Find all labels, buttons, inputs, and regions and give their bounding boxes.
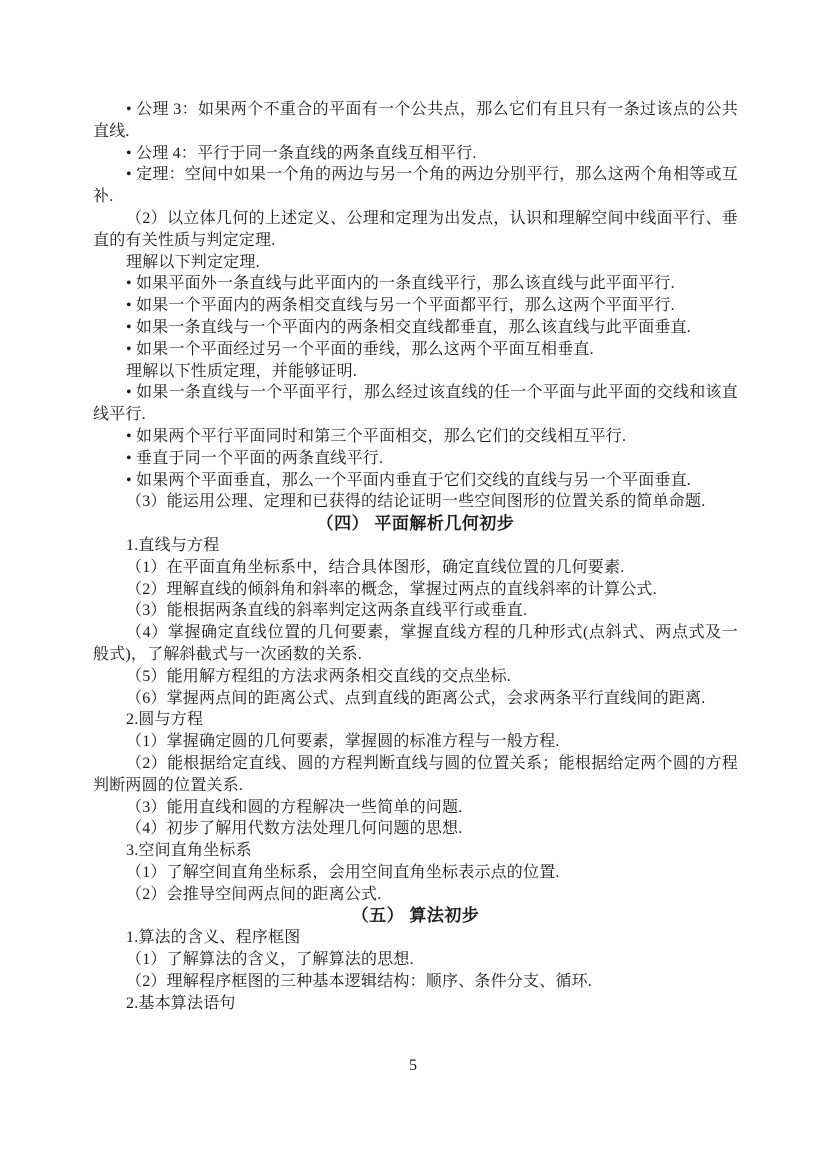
bullet-item: • 如果一条直线与一个平面平行，那么经过该直线的任一个平面与此平面的交线和该直线… [93, 382, 738, 426]
bullet-item: • 如果一个平面内的两条相交直线与另一个平面都平行，那么这两个平面平行. [93, 295, 738, 317]
bullet-item: • 如果平面外一条直线与此平面内的一条直线平行，那么该直线与此平面平行. [93, 273, 738, 295]
bullet-item: • 如果一个平面经过另一个平面的垂线，那么这两个平面互相垂直. [93, 339, 738, 361]
bullet-item: • 垂直于同一个平面的两条直线平行. [93, 448, 738, 470]
paragraph: 2.圆与方程 [93, 709, 738, 731]
paragraph: （3）能用直线和圆的方程解决一些简单的问题. [93, 797, 738, 819]
paragraph: （3）能运用公理、定理和已获得的结论证明一些空间图形的位置关系的简单命题. [93, 491, 738, 513]
document-page: • 公理 3：如果两个不重合的平面有一个公共点，那么它们有且只有一条过该点的公共… [0, 0, 826, 1169]
paragraph: （1）了解算法的含义，了解算法的思想. [93, 949, 738, 971]
paragraph: （4）初步了解用代数方法处理几何问题的思想. [93, 818, 738, 840]
paragraph: （6）掌握两点间的距离公式、点到直线的距离公式，会求两条平行直线间的距离. [93, 688, 738, 710]
paragraph: 1.算法的含义、程序框图 [93, 927, 738, 949]
paragraph: （2）能根据给定直线、圆的方程判断直线与圆的位置关系；能根据给定两个圆的方程判断… [93, 753, 738, 797]
paragraph: 2.基本算法语句 [93, 993, 738, 1015]
bullet-item: • 定理：空间中如果一个角的两边与另一个角的两边分别平行，那么这两个角相等或互补… [93, 164, 738, 208]
paragraph: （2）理解程序框图的三种基本逻辑结构：顺序、条件分支、循环. [93, 971, 738, 993]
paragraph: （1）了解空间直角坐标系，会用空间直角坐标表示点的位置. [93, 862, 738, 884]
bullet-item: • 如果一条直线与一个平面内的两条相交直线都垂直，那么该直线与此平面垂直. [93, 317, 738, 339]
bullet-item: • 如果两个平行平面同时和第三个平面相交，那么它们的交线相互平行. [93, 426, 738, 448]
bullet-item: • 公理 4：平行于同一条直线的两条直线互相平行. [93, 143, 738, 165]
paragraph: （1）在平面直角坐标系中，结合具体图形，确定直线位置的几何要素. [93, 557, 738, 579]
section-heading: （四） 平面解析几何初步 [93, 513, 738, 535]
paragraph: （4）掌握确定直线位置的几何要素，掌握直线方程的几种形式(点斜式、两点式及一般式… [93, 622, 738, 666]
paragraph: （2）以立体几何的上述定义、公理和定理为出发点，认识和理解空间中线面平行、垂直的… [93, 208, 738, 252]
document-body: • 公理 3：如果两个不重合的平面有一个公共点，那么它们有且只有一条过该点的公共… [93, 99, 738, 1014]
paragraph: 1.直线与方程 [93, 535, 738, 557]
paragraph: 理解以下判定定理. [93, 252, 738, 274]
paragraph: 3.空间直角坐标系 [93, 840, 738, 862]
page-number: 5 [0, 1056, 826, 1076]
paragraph: （2）会推导空间两点间的距离公式. [93, 884, 738, 906]
section-heading: （五） 算法初步 [93, 905, 738, 927]
bullet-item: • 公理 3：如果两个不重合的平面有一个公共点，那么它们有且只有一条过该点的公共… [93, 99, 738, 143]
bullet-item: • 如果两个平面垂直，那么一个平面内垂直于它们交线的直线与另一个平面垂直. [93, 470, 738, 492]
paragraph: （2）理解直线的倾斜角和斜率的概念，掌握过两点的直线斜率的计算公式. [93, 579, 738, 601]
paragraph: （5）能用解方程组的方法求两条相交直线的交点坐标. [93, 666, 738, 688]
paragraph: （3）能根据两条直线的斜率判定这两条直线平行或垂直. [93, 600, 738, 622]
paragraph: 理解以下性质定理，并能够证明. [93, 361, 738, 383]
paragraph: （1）掌握确定圆的几何要素，掌握圆的标准方程与一般方程. [93, 731, 738, 753]
